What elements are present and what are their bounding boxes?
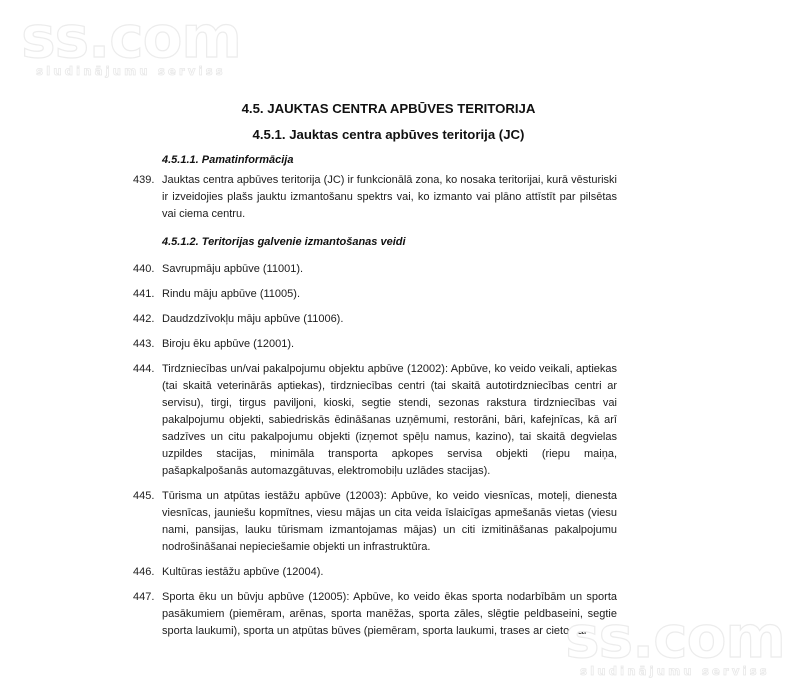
paragraph-444: 444. Tirdzniecības un/vai pakalpojumu ob…	[133, 361, 617, 480]
watermark-logo: ss.com	[16, 12, 246, 62]
subsection-title: 4.5.1. Jauktas centra apbūves teritorija…	[160, 122, 617, 148]
paragraph-441: 441. Rindu māju apbūve (11005).	[133, 286, 617, 303]
paragraph-text: Sporta ēku un būvju apbūve (12005): Apbū…	[162, 589, 617, 640]
section-title: 4.5. JAUKTAS CENTRA APBŪVES TERITORIJA	[160, 96, 617, 122]
paragraph-number: 441.	[133, 286, 162, 303]
document-page: 4.5. JAUKTAS CENTRA APBŪVES TERITORIJA 4…	[133, 96, 617, 640]
paragraph-446: 446. Kultūras iestāžu apbūve (12004).	[133, 564, 617, 581]
watermark-tagline: sludinājumu serviss	[16, 64, 246, 78]
paragraph-number: 444.	[133, 361, 162, 480]
paragraph-445: 445. Tūrisma un atpūtas iestāžu apbūve (…	[133, 488, 617, 556]
paragraph-text: Rindu māju apbūve (11005).	[162, 286, 617, 303]
paragraph-447: 447. Sporta ēku un būvju apbūve (12005):…	[133, 589, 617, 640]
subheading-main-uses: 4.5.1.2. Teritorijas galvenie izmantošan…	[162, 230, 617, 254]
paragraph-text: Daudzdzīvokļu māju apbūve (11006).	[162, 311, 617, 328]
paragraph-number: 439.	[133, 172, 162, 223]
paragraph-text: Tirdzniecības un/vai pakalpojumu objektu…	[162, 361, 617, 480]
subheading-basic-info: 4.5.1.1. Pamatinformācija	[162, 148, 617, 172]
paragraph-442: 442. Daudzdzīvokļu māju apbūve (11006).	[133, 311, 617, 328]
paragraph-number: 447.	[133, 589, 162, 640]
paragraph-text: Savrupmāju apbūve (11001).	[162, 261, 617, 278]
paragraph-number: 440.	[133, 261, 162, 278]
paragraph-text: Tūrisma un atpūtas iestāžu apbūve (12003…	[162, 488, 617, 556]
paragraph-number: 445.	[133, 488, 162, 556]
paragraph-number: 443.	[133, 336, 162, 353]
paragraph-text: Biroju ēku apbūve (12001).	[162, 336, 617, 353]
paragraph-number: 446.	[133, 564, 162, 581]
paragraph-text: Jauktas centra apbūves teritorija (JC) i…	[162, 172, 617, 223]
watermark-top: ss.com sludinājumu serviss	[16, 12, 246, 78]
paragraph-443: 443. Biroju ēku apbūve (12001).	[133, 336, 617, 353]
watermark-tagline: sludinājumu serviss	[560, 664, 790, 678]
paragraph-number: 442.	[133, 311, 162, 328]
paragraph-439: 439. Jauktas centra apbūves teritorija (…	[133, 172, 617, 223]
paragraph-text: Kultūras iestāžu apbūve (12004).	[162, 564, 617, 581]
paragraph-440: 440. Savrupmāju apbūve (11001).	[133, 261, 617, 278]
